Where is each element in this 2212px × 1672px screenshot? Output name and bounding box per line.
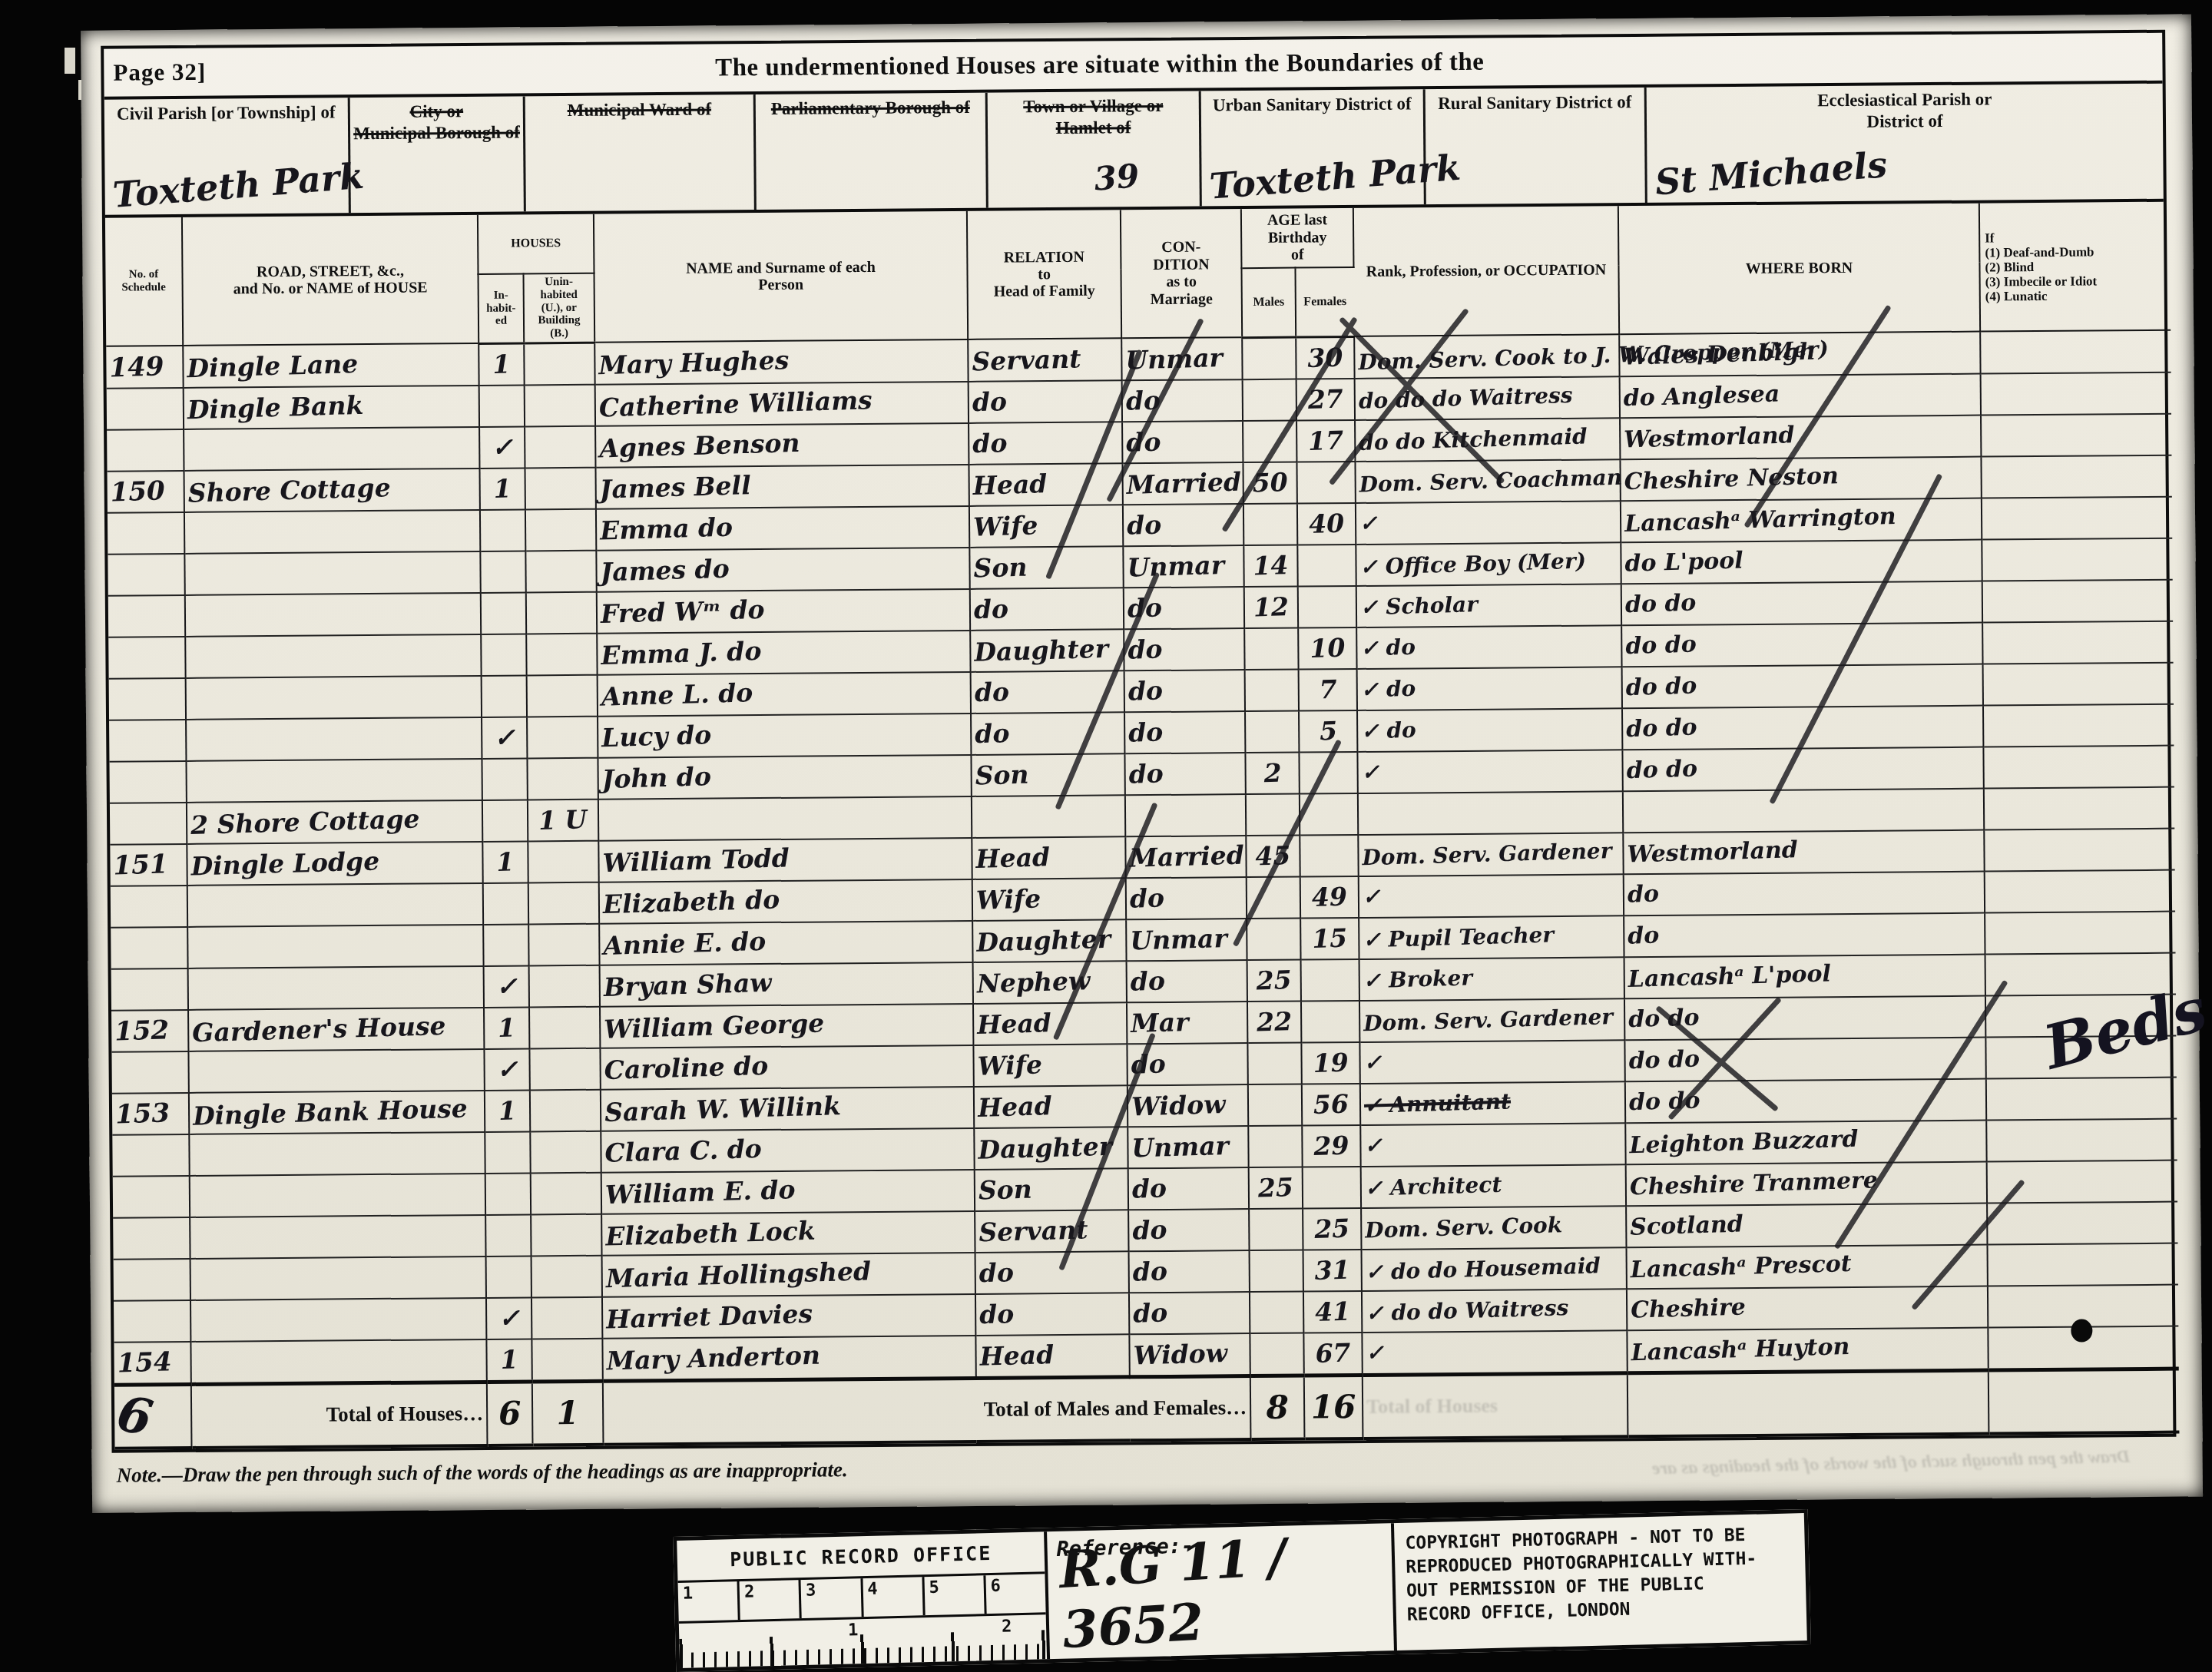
- cell-schedule: 151: [110, 844, 187, 886]
- cell-road: Dingle Lane: [183, 343, 478, 388]
- handwritten-entry: Annie E. do: [603, 926, 767, 961]
- cell-age-f: [1301, 959, 1359, 1002]
- cell-relation: Head: [974, 1085, 1128, 1128]
- handwritten-entry: do do: [1628, 1046, 1700, 1075]
- cell-whereborn: [1623, 789, 1984, 833]
- ruler-cm-segment: 6: [985, 1574, 1045, 1614]
- district-cell: Town or Village or Hamlet of39: [988, 91, 1202, 208]
- col-header-whereborn: WHERE BORN: [1618, 204, 1980, 335]
- handwritten-entry: do: [1130, 966, 1165, 997]
- handwritten-entry: Lancashᵃ L'pool: [1628, 961, 1831, 994]
- handwritten-entry: do do: [1625, 673, 1697, 702]
- cell-age-m: [1246, 794, 1300, 836]
- cell-road: [186, 676, 482, 720]
- cell-condition: Married: [1125, 836, 1246, 878]
- cell-age-f: [1298, 586, 1356, 628]
- handwritten-entry: do do: [1629, 1088, 1700, 1117]
- cell-inhabited: ✓: [486, 1297, 531, 1339]
- cell-occupation: ✓: [1359, 874, 1624, 918]
- handwritten-entry: Dingle Lodge: [190, 846, 380, 882]
- cell-occupation: do do Kitchenmaid: [1355, 418, 1620, 462]
- cell-occupation: ✓ do do Housemaid: [1362, 1247, 1627, 1291]
- cell-inhabited: [483, 882, 528, 924]
- cell-uninhabited: [525, 426, 595, 468]
- cell-occupation: [1358, 791, 1623, 835]
- handwritten-entry: Son: [973, 552, 1028, 584]
- handwritten-entry: ✓ do: [1360, 676, 1416, 703]
- cell-name: Harriet Davies: [602, 1294, 975, 1339]
- cell-uninhabited: [529, 965, 600, 1008]
- cell-whereborn: do do: [1624, 1038, 1985, 1082]
- handwritten-entry: Dom. Serv. Coachman: [1359, 465, 1622, 498]
- cell-age-m: [1245, 670, 1299, 712]
- handwritten-entry: Cheshire Neston: [1624, 463, 1839, 496]
- cell-age-m: [1248, 1084, 1302, 1127]
- handwritten-entry: 67: [1315, 1338, 1351, 1369]
- cell-occupation: Dom. Serv. Cook: [1361, 1206, 1626, 1250]
- cell-road: [184, 551, 480, 595]
- cell-infirmity: [1981, 455, 2171, 498]
- census-table: No. of Schedule ROAD, STREET, &c., and N…: [105, 202, 2180, 1450]
- ruler-cm-segment: 5: [924, 1575, 986, 1615]
- cell-name: Catherine Williams: [595, 382, 969, 426]
- cell-occupation: ✓: [1356, 501, 1621, 545]
- cell-uninhabited: [531, 1297, 602, 1339]
- cell-age-m: 12: [1244, 587, 1298, 629]
- cell-occupation: do do do Waitress: [1355, 376, 1620, 420]
- cell-age-m: 50: [1243, 462, 1296, 505]
- cell-infirmity: [1980, 330, 2171, 373]
- cell-name: Emma do: [596, 506, 969, 551]
- col-header-houses: HOUSES: [478, 214, 594, 274]
- scanned-census-page: { "page": { "page_label": "Page 32]", "m…: [0, 0, 2212, 1672]
- handwritten-entry: Scotland: [1630, 1211, 1743, 1241]
- cell-name: Maria Hollingshed: [602, 1253, 975, 1297]
- cell-totals-houses-label: Total of Houses…: [191, 1382, 488, 1448]
- cell-age-f: 5: [1299, 710, 1357, 753]
- handwritten-entry: 2 Shore Cottage: [190, 804, 420, 841]
- handwritten-entry: do: [1125, 386, 1161, 416]
- cell-totals-blank: Total of Houses: [1363, 1373, 1628, 1439]
- cell-infirmity: [1982, 538, 2172, 581]
- handwritten-entry: do: [1127, 593, 1162, 624]
- handwritten-entry: Shore Cottage: [187, 473, 391, 509]
- cell-age-m: [1244, 628, 1298, 670]
- cell-schedule: [114, 1259, 190, 1301]
- handwritten-entry: ✓ Pupil Teacher: [1363, 922, 1555, 953]
- cell-whereborn: Westmorland: [1620, 416, 1981, 460]
- cell-road: [184, 510, 480, 554]
- cell-age-f: [1300, 793, 1358, 836]
- handwritten-entry: 5: [1319, 716, 1337, 747]
- cell-condition: Unmar: [1128, 1126, 1248, 1168]
- cell-age-f: [1301, 1001, 1359, 1043]
- cell-road: [185, 593, 481, 637]
- cell-relation: do: [970, 588, 1124, 631]
- cell-road: Dingle Bank: [184, 386, 479, 429]
- reference-number: R.G 11 / 3652: [1058, 1521, 1396, 1660]
- cell-relation: Wife: [972, 878, 1126, 921]
- handwritten-entry: Anne L. do: [601, 678, 753, 713]
- handwritten-entry: do: [1127, 510, 1162, 541]
- cell-age-m: [1243, 504, 1297, 546]
- handwritten-entry: Lancashᵃ Warrington: [1624, 503, 1896, 538]
- cell-name: William E. do: [601, 1170, 975, 1214]
- pro-stamp-copyright-section: COPYRIGHT PHOTOGRAPH - NOT TO BE REPRODU…: [1394, 1513, 1807, 1650]
- handwritten-entry: Lancashᵃ Huyton: [1631, 1333, 1850, 1366]
- cell-schedule: [108, 512, 184, 555]
- cell-relation: Head: [972, 836, 1125, 879]
- handwritten-entry: Head: [972, 469, 1048, 502]
- cell-relation: [972, 795, 1125, 838]
- cell-uninhabited: [525, 551, 596, 593]
- cell-uninhabited: [527, 758, 598, 800]
- census-table-head: No. of Schedule ROAD, STREET, &c., and N…: [105, 202, 2171, 347]
- cell-age-f: 29: [1302, 1125, 1360, 1167]
- district-cell: Civil Parish [or Township] ofToxteth Par…: [104, 98, 351, 215]
- cell-condition: Mar: [1127, 1002, 1247, 1044]
- handwritten-entry: Head: [977, 1008, 1052, 1041]
- cell-name: Sarah W. Willink: [601, 1087, 974, 1131]
- cell-whereborn: do do: [1625, 1079, 1986, 1124]
- handwritten-entry: do: [1128, 759, 1164, 790]
- cell-whereborn: do do: [1621, 623, 1982, 667]
- cell-age-f: 49: [1300, 876, 1359, 919]
- col-header-schedule: No. of Schedule: [105, 217, 183, 346]
- handwritten-entry: Wife: [975, 884, 1041, 915]
- handwritten-entry: ✓ do do Waitress: [1366, 1296, 1569, 1327]
- cell-age-f: 15: [1300, 918, 1359, 960]
- handwritten-entry: do: [1133, 1298, 1168, 1329]
- cell-infirmity: [1982, 580, 2173, 623]
- handwritten-entry: do: [1132, 1215, 1167, 1246]
- cell-age-f: 27: [1296, 379, 1355, 421]
- handwritten-entry: Mar: [1131, 1007, 1189, 1038]
- cell-schedule: [108, 595, 185, 637]
- col-header-inhabited: In- habit- ed: [478, 273, 525, 343]
- cell-schedule: [112, 1134, 189, 1177]
- cell-relation: Son: [975, 1168, 1128, 1211]
- cell-schedule: [110, 803, 187, 845]
- handwritten-entry: 2: [1263, 758, 1282, 789]
- cell-whereborn: Wales Denbigh: [1619, 332, 1980, 376]
- cell-age-m: [1245, 711, 1299, 753]
- cell-uninhabited: [525, 509, 596, 551]
- handwritten-entry: ✓: [1362, 884, 1380, 910]
- cell-age-m: [1250, 1292, 1303, 1334]
- cell-whereborn: Lancashᵃ Prescot: [1627, 1245, 1988, 1290]
- cell-age-f: [1300, 835, 1358, 877]
- handwritten-entry: do: [979, 1300, 1015, 1330]
- cell-condition: Married: [1122, 462, 1243, 505]
- handwritten-entry: Agnes Benson: [599, 428, 800, 464]
- cell-uninhabited: [528, 882, 599, 925]
- cell-name: Bryan Shaw: [600, 962, 973, 1007]
- cell-condition: do: [1128, 1167, 1249, 1210]
- district-cell-value: 39: [1092, 157, 1140, 197]
- handwritten-entry: 10: [1310, 633, 1346, 664]
- handwritten-entry: 154: [117, 1346, 172, 1379]
- cell-whereborn: Scotland: [1626, 1204, 1987, 1248]
- district-cell-label: Rural Sanitary District of: [1429, 91, 1641, 114]
- form-title: The undermentioned Houses are situate wi…: [206, 42, 2162, 86]
- cell-uninhabited: [526, 634, 597, 676]
- cell-relation: do: [971, 712, 1124, 755]
- cell-condition: do: [1124, 711, 1245, 753]
- col-header-road: ROAD, STREET, &c., and No. or NAME of HO…: [182, 215, 478, 346]
- cell-age-f: [1299, 752, 1357, 794]
- handwritten-entry: do: [1128, 634, 1163, 665]
- handwritten-entry: 40: [1309, 508, 1345, 539]
- cell-whereborn: Lancashᵃ Warrington: [1621, 498, 1982, 543]
- handwritten-entry: Harriet Davies: [606, 1299, 813, 1335]
- cell-totals-blank: [1988, 1369, 2180, 1433]
- handwritten-entry: ✓: [491, 432, 513, 463]
- cell-schedule: [107, 388, 184, 430]
- cell-condition: do: [1127, 960, 1247, 1002]
- cell-road: [188, 1049, 484, 1093]
- ruler-cm-segment: 2: [740, 1580, 802, 1620]
- cell-age-m: 25: [1247, 960, 1301, 1002]
- handwritten-entry: ✓: [1363, 1050, 1382, 1076]
- handwritten-entry: Son: [978, 1174, 1032, 1206]
- cell-whereborn: Westmorland: [1623, 830, 1984, 875]
- handwritten-entry: Maria Hollingshed: [605, 1256, 871, 1294]
- cell-relation: Nephew: [973, 961, 1127, 1004]
- handwritten-entry: do do: [1626, 714, 1697, 743]
- cell-name: James Bell: [596, 465, 969, 509]
- handwritten-entry: Servant: [979, 1215, 1088, 1248]
- handwritten-entry: 1: [498, 1013, 516, 1044]
- handwritten-entry: 50: [1252, 468, 1288, 498]
- handwritten-entry: John do: [601, 762, 711, 795]
- cell-relation: do: [971, 670, 1124, 713]
- handwritten-entry: do do: [1628, 1005, 1700, 1034]
- cell-inhabited: [482, 758, 527, 800]
- cell-occupation: Dom. Serv. Coachman: [1355, 459, 1620, 503]
- cell-totals-females: 16: [1304, 1375, 1363, 1439]
- handwritten-entry: 25: [1257, 1173, 1293, 1204]
- district-cell: Rural Sanitary District of: [1426, 88, 1647, 204]
- cell-condition: do: [1124, 628, 1244, 670]
- cell-infirmity: [1983, 663, 2174, 706]
- cell-inhabited: ✓: [479, 426, 525, 468]
- handwritten-entry: do: [1129, 883, 1164, 914]
- cell-inhabited: [481, 592, 526, 634]
- cell-road: 2 Shore Cottage: [187, 800, 482, 844]
- handwritten-entry: Dingle Lane: [187, 349, 359, 383]
- cell-name: James do: [596, 548, 969, 592]
- cell-schedule: [108, 554, 184, 596]
- cell-whereborn: do: [1624, 872, 1985, 916]
- cell-infirmity: [1987, 1202, 2177, 1245]
- handwritten-entry: Head: [975, 843, 1051, 875]
- handwritten-entry: 1: [498, 1096, 517, 1127]
- cell-condition: do: [1122, 421, 1243, 463]
- cell-relation: Son: [969, 546, 1123, 589]
- cell-whereborn: Cheshire: [1627, 1286, 1988, 1331]
- cell-infirmity: [1982, 497, 2172, 540]
- handwritten-entry: do do: [1625, 631, 1697, 661]
- handwritten-entry: 1 U: [538, 805, 588, 836]
- cell-occupation: ✓ Scholar: [1356, 584, 1621, 627]
- cell-age-f: 31: [1303, 1250, 1362, 1292]
- handwritten-entry: 1: [500, 1345, 518, 1376]
- cell-road: Shore Cottage: [184, 468, 480, 512]
- cell-age-f: 67: [1303, 1333, 1362, 1376]
- handwritten-entry: 151: [113, 849, 168, 881]
- cell-uninhabited: 1 U: [528, 800, 598, 842]
- copyright-text: COPYRIGHT PHOTOGRAPH - NOT TO BE REPRODU…: [1405, 1525, 1757, 1625]
- handwritten-entry: Son: [975, 760, 1029, 791]
- handwritten-entry: Lucy do: [601, 720, 712, 753]
- cell-schedule: [109, 678, 186, 720]
- scan-speck: [65, 48, 75, 74]
- cell-occupation: ✓: [1362, 1330, 1627, 1375]
- cell-age-m: 45: [1246, 836, 1300, 878]
- handwritten-entry: Bryan Shaw: [603, 968, 772, 1002]
- handwritten-entry: do do do Waitress: [1358, 382, 1573, 414]
- cell-condition: do: [1126, 877, 1247, 919]
- handwritten-entry: Leighton Buzzard: [1629, 1126, 1859, 1160]
- cell-age-f: [1303, 1167, 1361, 1209]
- handwritten-entry: ✓: [1364, 1133, 1382, 1159]
- handwritten-entry: Wife: [973, 511, 1038, 542]
- handwritten-entry: ✓: [498, 1303, 520, 1334]
- handwritten-entry: Unmar: [1127, 550, 1225, 583]
- district-cell-label: Urban Sanitary District of: [1204, 93, 1420, 116]
- handwritten-entry: Caroline do: [604, 1051, 769, 1085]
- col-header-females: Females: [1295, 267, 1354, 337]
- cell-name: John do: [598, 755, 971, 800]
- cell-occupation: ✓ do: [1357, 708, 1622, 752]
- footnote-text: Note.—Draw the pen through such of the w…: [117, 1458, 848, 1486]
- cell-condition: Widow: [1129, 1333, 1250, 1377]
- handwritten-entry: Widow: [1133, 1339, 1228, 1372]
- cell-name: William Todd: [598, 838, 972, 882]
- cell-inhabited: [485, 1173, 531, 1214]
- cell-occupation: Dom. Serv. Cook to J. W. Cropper (Mer): [1354, 335, 1619, 379]
- ink-bleed-text: Total of Houses: [1366, 1395, 1498, 1418]
- cell-name: Mary Anderton: [602, 1336, 975, 1381]
- handwritten-entry: Servant: [972, 344, 1081, 377]
- handwritten-entry: do: [973, 594, 1008, 625]
- cell-age-m: [1247, 1043, 1301, 1085]
- handwritten-entry: 153: [115, 1098, 171, 1130]
- cell-condition: [1125, 794, 1246, 836]
- cell-whereborn: do: [1624, 913, 1985, 958]
- handwritten-entry: Dingle Bank: [187, 390, 363, 425]
- cell-relation: Servant: [975, 1210, 1128, 1253]
- cell-occupation: ✓ do: [1356, 625, 1621, 669]
- cell-uninhabited: [529, 1007, 600, 1049]
- cell-inhabited: 1: [482, 841, 528, 882]
- cell-schedule: [109, 761, 186, 803]
- handwritten-entry: Unmar: [1131, 1131, 1230, 1164]
- cell-age-f: 17: [1296, 420, 1355, 462]
- handwritten-entry: Westmorland: [1624, 422, 1795, 454]
- ruler-cm-segment: 3: [801, 1578, 863, 1618]
- handwritten-entry: 30: [1307, 343, 1343, 373]
- handwritten-entry: Daughter: [976, 924, 1111, 958]
- cell-relation: Daughter: [972, 919, 1126, 962]
- cell-infirmity: [1986, 1119, 2177, 1162]
- cell-relation: Son: [971, 753, 1124, 796]
- handwritten-entry: do: [974, 677, 1009, 708]
- cell-relation: Servant: [968, 339, 1121, 382]
- cell-occupation: ✓ Office Boy (Mer): [1356, 542, 1621, 586]
- handwritten-entry: 25: [1314, 1213, 1350, 1244]
- cell-age-m: [1248, 1126, 1302, 1168]
- cell-schedule: 153: [112, 1093, 189, 1135]
- handwritten-entry: Head: [978, 1091, 1053, 1124]
- handwritten-entry: 17: [1308, 425, 1344, 456]
- cell-condition: Unmar: [1123, 545, 1243, 588]
- district-cell: Municipal Ward of: [525, 94, 757, 211]
- cell-totals-flourish: 6: [114, 1384, 192, 1448]
- handwritten-entry: 29: [1313, 1131, 1349, 1161]
- census-table-body: 149Dingle Lane1Mary HughesServantUnmar30…: [106, 330, 2179, 1385]
- cell-condition: do: [1124, 753, 1245, 795]
- cell-schedule: 154: [114, 1342, 190, 1385]
- handwritten-entry: Elizabeth Lock: [605, 1216, 816, 1252]
- col-header-males: Males: [1241, 268, 1296, 338]
- cell-inhabited: [482, 800, 528, 841]
- cell-condition: Widow: [1128, 1084, 1248, 1127]
- cell-whereborn: Leighton Buzzard: [1625, 1121, 1986, 1165]
- cell-whereborn: do do: [1622, 747, 1983, 792]
- cell-age-f: 19: [1301, 1042, 1359, 1084]
- cell-schedule: [109, 720, 186, 762]
- handwritten-entry: do: [1627, 881, 1659, 909]
- cell-schedule: [107, 429, 184, 472]
- cell-age-f: 30: [1296, 336, 1354, 379]
- cell-whereborn: do do: [1621, 581, 1982, 626]
- cell-name: Anne L. do: [598, 672, 971, 717]
- handwritten-entry: 7: [1319, 674, 1337, 705]
- handwritten-entry: Dingle Bank House: [193, 1094, 469, 1131]
- cell-uninhabited: [529, 1048, 600, 1091]
- handwritten-entry: do: [1131, 1174, 1167, 1204]
- col-header-relation: RELATION to Head of Family: [967, 210, 1121, 339]
- handwritten-entry: Elizabeth do: [602, 885, 780, 920]
- handwritten-entry: 12: [1253, 592, 1289, 623]
- cell-condition: do: [1123, 504, 1243, 546]
- handwritten-entry: ✓: [496, 1055, 518, 1085]
- handwritten-entry: do L'pool: [1624, 548, 1743, 578]
- handwritten-entry: Mary Hughes: [598, 345, 790, 380]
- cell-condition: do: [1124, 587, 1244, 629]
- cell-uninhabited: [527, 717, 598, 759]
- handwritten-entry: ✓: [1361, 760, 1379, 786]
- cell-age-f: 41: [1303, 1291, 1362, 1333]
- cell-occupation: ✓ Annuitant: [1360, 1081, 1625, 1125]
- district-cell-label: City or Municipal Borough of: [353, 101, 520, 144]
- handwritten-entry: Sarah W. Willink: [604, 1091, 842, 1128]
- cell-infirmity: [1981, 372, 2171, 416]
- cell-relation: Wife: [969, 505, 1123, 548]
- handwritten-entry: ✓ do: [1360, 634, 1416, 661]
- ruler-inch-scale: 1 2: [679, 1614, 1047, 1668]
- cell-relation: Daughter: [970, 629, 1124, 672]
- handwritten-entry: 1: [496, 847, 515, 878]
- cell-relation: Daughter: [974, 1127, 1128, 1170]
- cell-condition: do: [1127, 1043, 1247, 1085]
- cell-inhabited: [483, 924, 528, 965]
- cell-road: [185, 634, 481, 678]
- handwritten-entry: Gardener's House: [192, 1011, 446, 1048]
- handwritten-entry: Fred Wᵐ do: [600, 594, 765, 629]
